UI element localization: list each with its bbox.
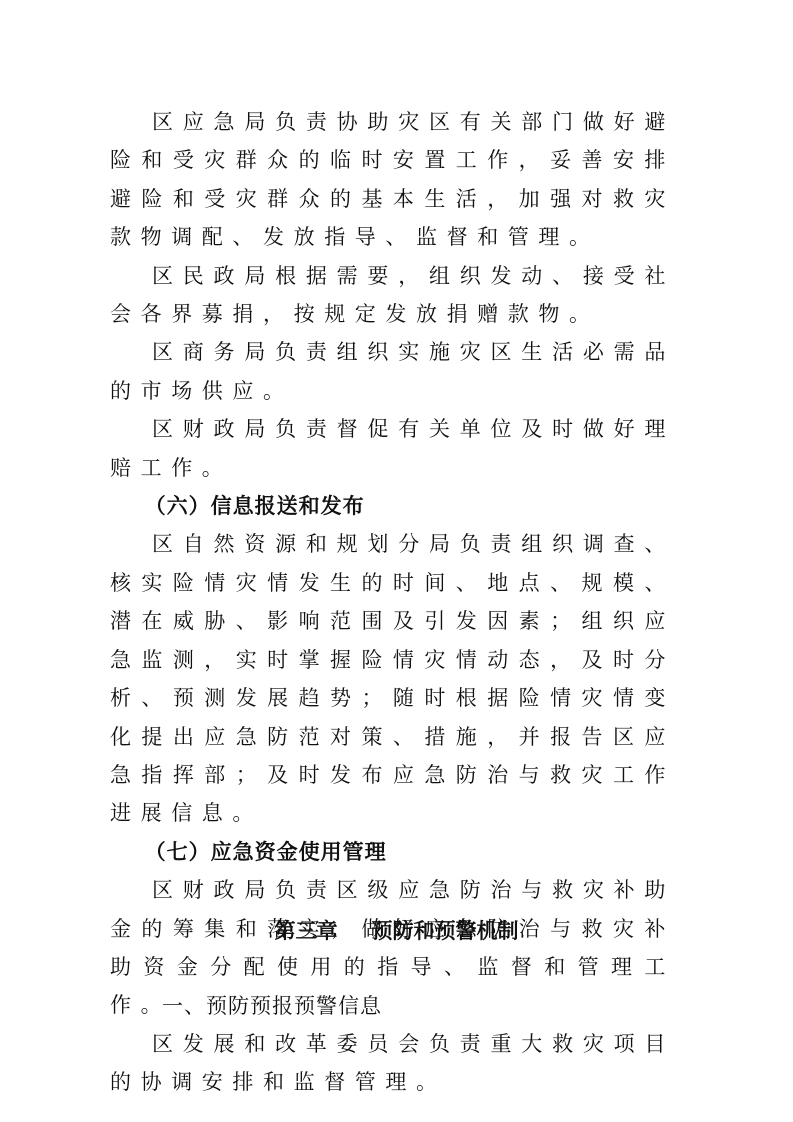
paragraph-development-reform: 区发展和改革委员会负责重大救灾项目的协调安排和监督管理。 — [110, 1025, 675, 1102]
section-heading: 一、预防预报预警信息 — [162, 987, 382, 1025]
subheading-fund-management: （七）应急资金使用管理 — [110, 833, 675, 871]
chapter-heading: 第三章预防和预警机制 — [0, 912, 793, 950]
paragraph-finance-claims: 区财政局负责督促有关单位及时做好理赔工作。 — [110, 410, 675, 487]
subheading-info-reporting: （六）信息报送和发布 — [110, 487, 675, 525]
chapter-number: 第三章 — [275, 918, 338, 943]
paragraph-commerce-bureau: 区商务局负责组织实施灾区生活必需品的市场供应。 — [110, 333, 675, 410]
paragraph-civil-affairs: 区民政局根据需要，组织发动、接受社会各界募捐，按规定发放捐赠款物。 — [110, 257, 675, 334]
chapter-title: 预防和预警机制 — [372, 918, 519, 943]
document-body: 区应急局负责协助灾区有关部门做好避险和受灾群众的临时安置工作，妥善安排避险和受灾… — [110, 103, 675, 1102]
document-page: 区应急局负责协助灾区有关部门做好避险和受灾群众的临时安置工作，妥善安排避险和受灾… — [0, 0, 793, 1122]
paragraph-natural-resources: 区自然资源和规划分局负责组织调查、核实险情灾情发生的时间、地点、规模、潜在威胁、… — [110, 525, 675, 832]
paragraph-emergency-bureau: 区应急局负责协助灾区有关部门做好避险和受灾群众的临时安置工作，妥善安排避险和受灾… — [110, 103, 675, 257]
